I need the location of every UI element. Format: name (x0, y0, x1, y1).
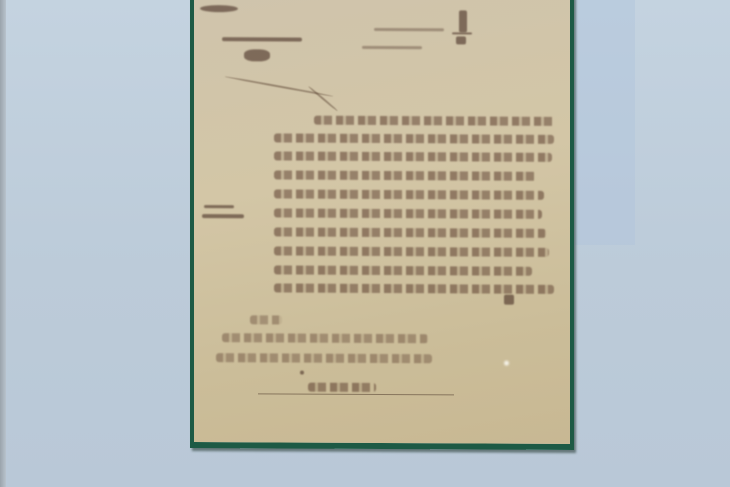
body-legibility: illegible at this resolution (274, 115, 275, 116)
address-block (216, 315, 436, 406)
manuscript-page: Photograph of a framed handwritten histo… (194, 0, 570, 444)
letter-body: illegible at this resolution (274, 115, 559, 296)
pen-flourish (308, 86, 338, 112)
wall-edge (0, 0, 6, 487)
wall-panel (575, 0, 635, 245)
glare-spot (504, 361, 509, 366)
document-frame: Photograph of a framed handwritten histo… (190, 0, 574, 450)
